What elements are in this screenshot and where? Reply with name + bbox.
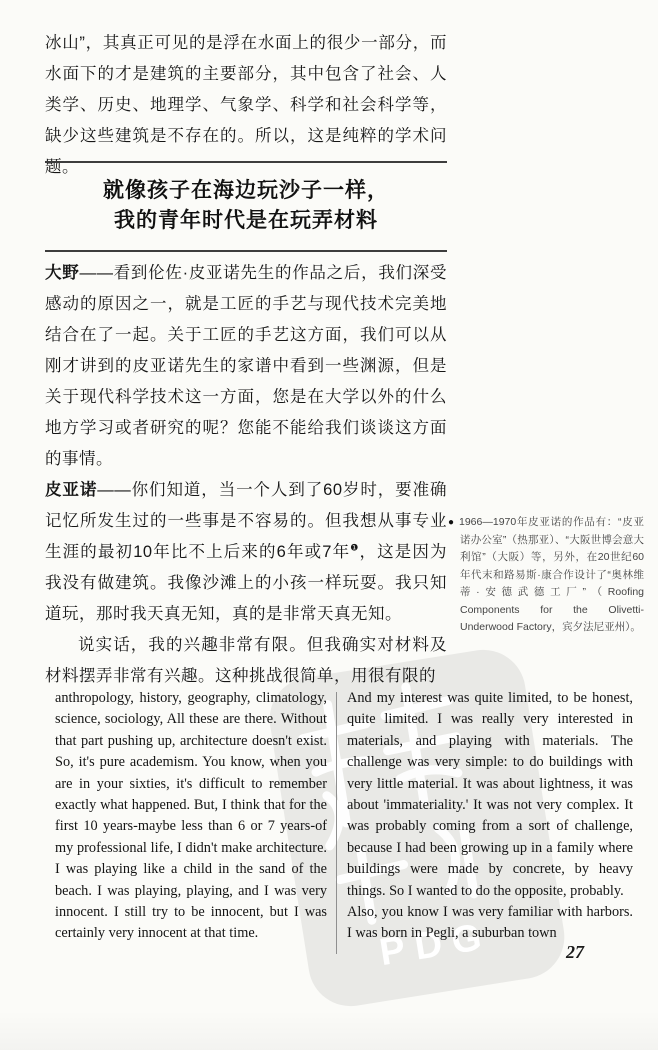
column-divider-rule (336, 692, 337, 954)
ono-paragraph: 大野——看到伦佐·皮亚诺先生的作品之后，我们深受感动的原因之一，就是工匠的手艺与… (45, 258, 447, 475)
footnote-text: 1966—1970年皮亚诺的作品有：“皮亚诺办公室”（热那亚）、“大阪世博会意大… (448, 514, 644, 637)
ono-text: 看到伦佐·皮亚诺先生的作品之后，我们深受感动的原因之一，就是工匠的手艺与现代技术… (45, 264, 447, 468)
chinese-dialogue: 大野——看到伦佐·皮亚诺先生的作品之后，我们深受感动的原因之一，就是工匠的手艺与… (45, 258, 447, 692)
english-left-column: anthropology, history, geography, climat… (55, 688, 327, 945)
piano-dash: —— (97, 481, 131, 499)
piano-paragraph-2: 说实话，我的兴趣非常有限。但我确实对材料及材料摆弄非常有兴趣。这种挑战很简单，用… (45, 630, 447, 692)
english-right-paragraph-1: And my interest was quite limited, to be… (347, 688, 633, 902)
column-gap (327, 688, 347, 945)
english-right-paragraph-2: Also, you know I was very familiar with … (347, 902, 633, 945)
section-heading-line2: 我的青年时代是在玩弄材料 (45, 206, 447, 236)
speaker-ono: 大野 (45, 264, 79, 282)
scanned-book-page: PDG 冰山”，其真正可见的是浮在水面上的很少一部分，而水面下的才是建筑的主要部… (0, 0, 658, 1050)
section-heading-line1: 就像孩子在海边玩沙子一样， (45, 176, 447, 206)
footnote-bullet-icon: ● (448, 514, 454, 532)
chinese-intro-paragraph: 冰山”，其真正可见的是浮在水面上的很少一部分，而水面下的才是建筑的主要部分，其中… (45, 28, 447, 183)
section-heading-block: 就像孩子在海边玩沙子一样， 我的青年时代是在玩弄材料 (45, 161, 447, 252)
speaker-piano: 皮亚诺 (45, 481, 97, 499)
margin-footnote: ● 1966—1970年皮亚诺的作品有：“皮亚诺办公室”（热那亚）、“大阪世博会… (448, 514, 644, 637)
page-number: 27 (566, 942, 584, 963)
english-translation-columns: anthropology, history, geography, climat… (55, 688, 633, 945)
english-right-column: And my interest was quite limited, to be… (347, 688, 633, 945)
piano-paragraph: 皮亚诺——你们知道，当一个人到了60岁时，要准确记忆所发生过的一些事是不容易的。… (45, 475, 447, 630)
scan-edge-shading (0, 1010, 658, 1050)
ono-dash: —— (79, 264, 113, 282)
